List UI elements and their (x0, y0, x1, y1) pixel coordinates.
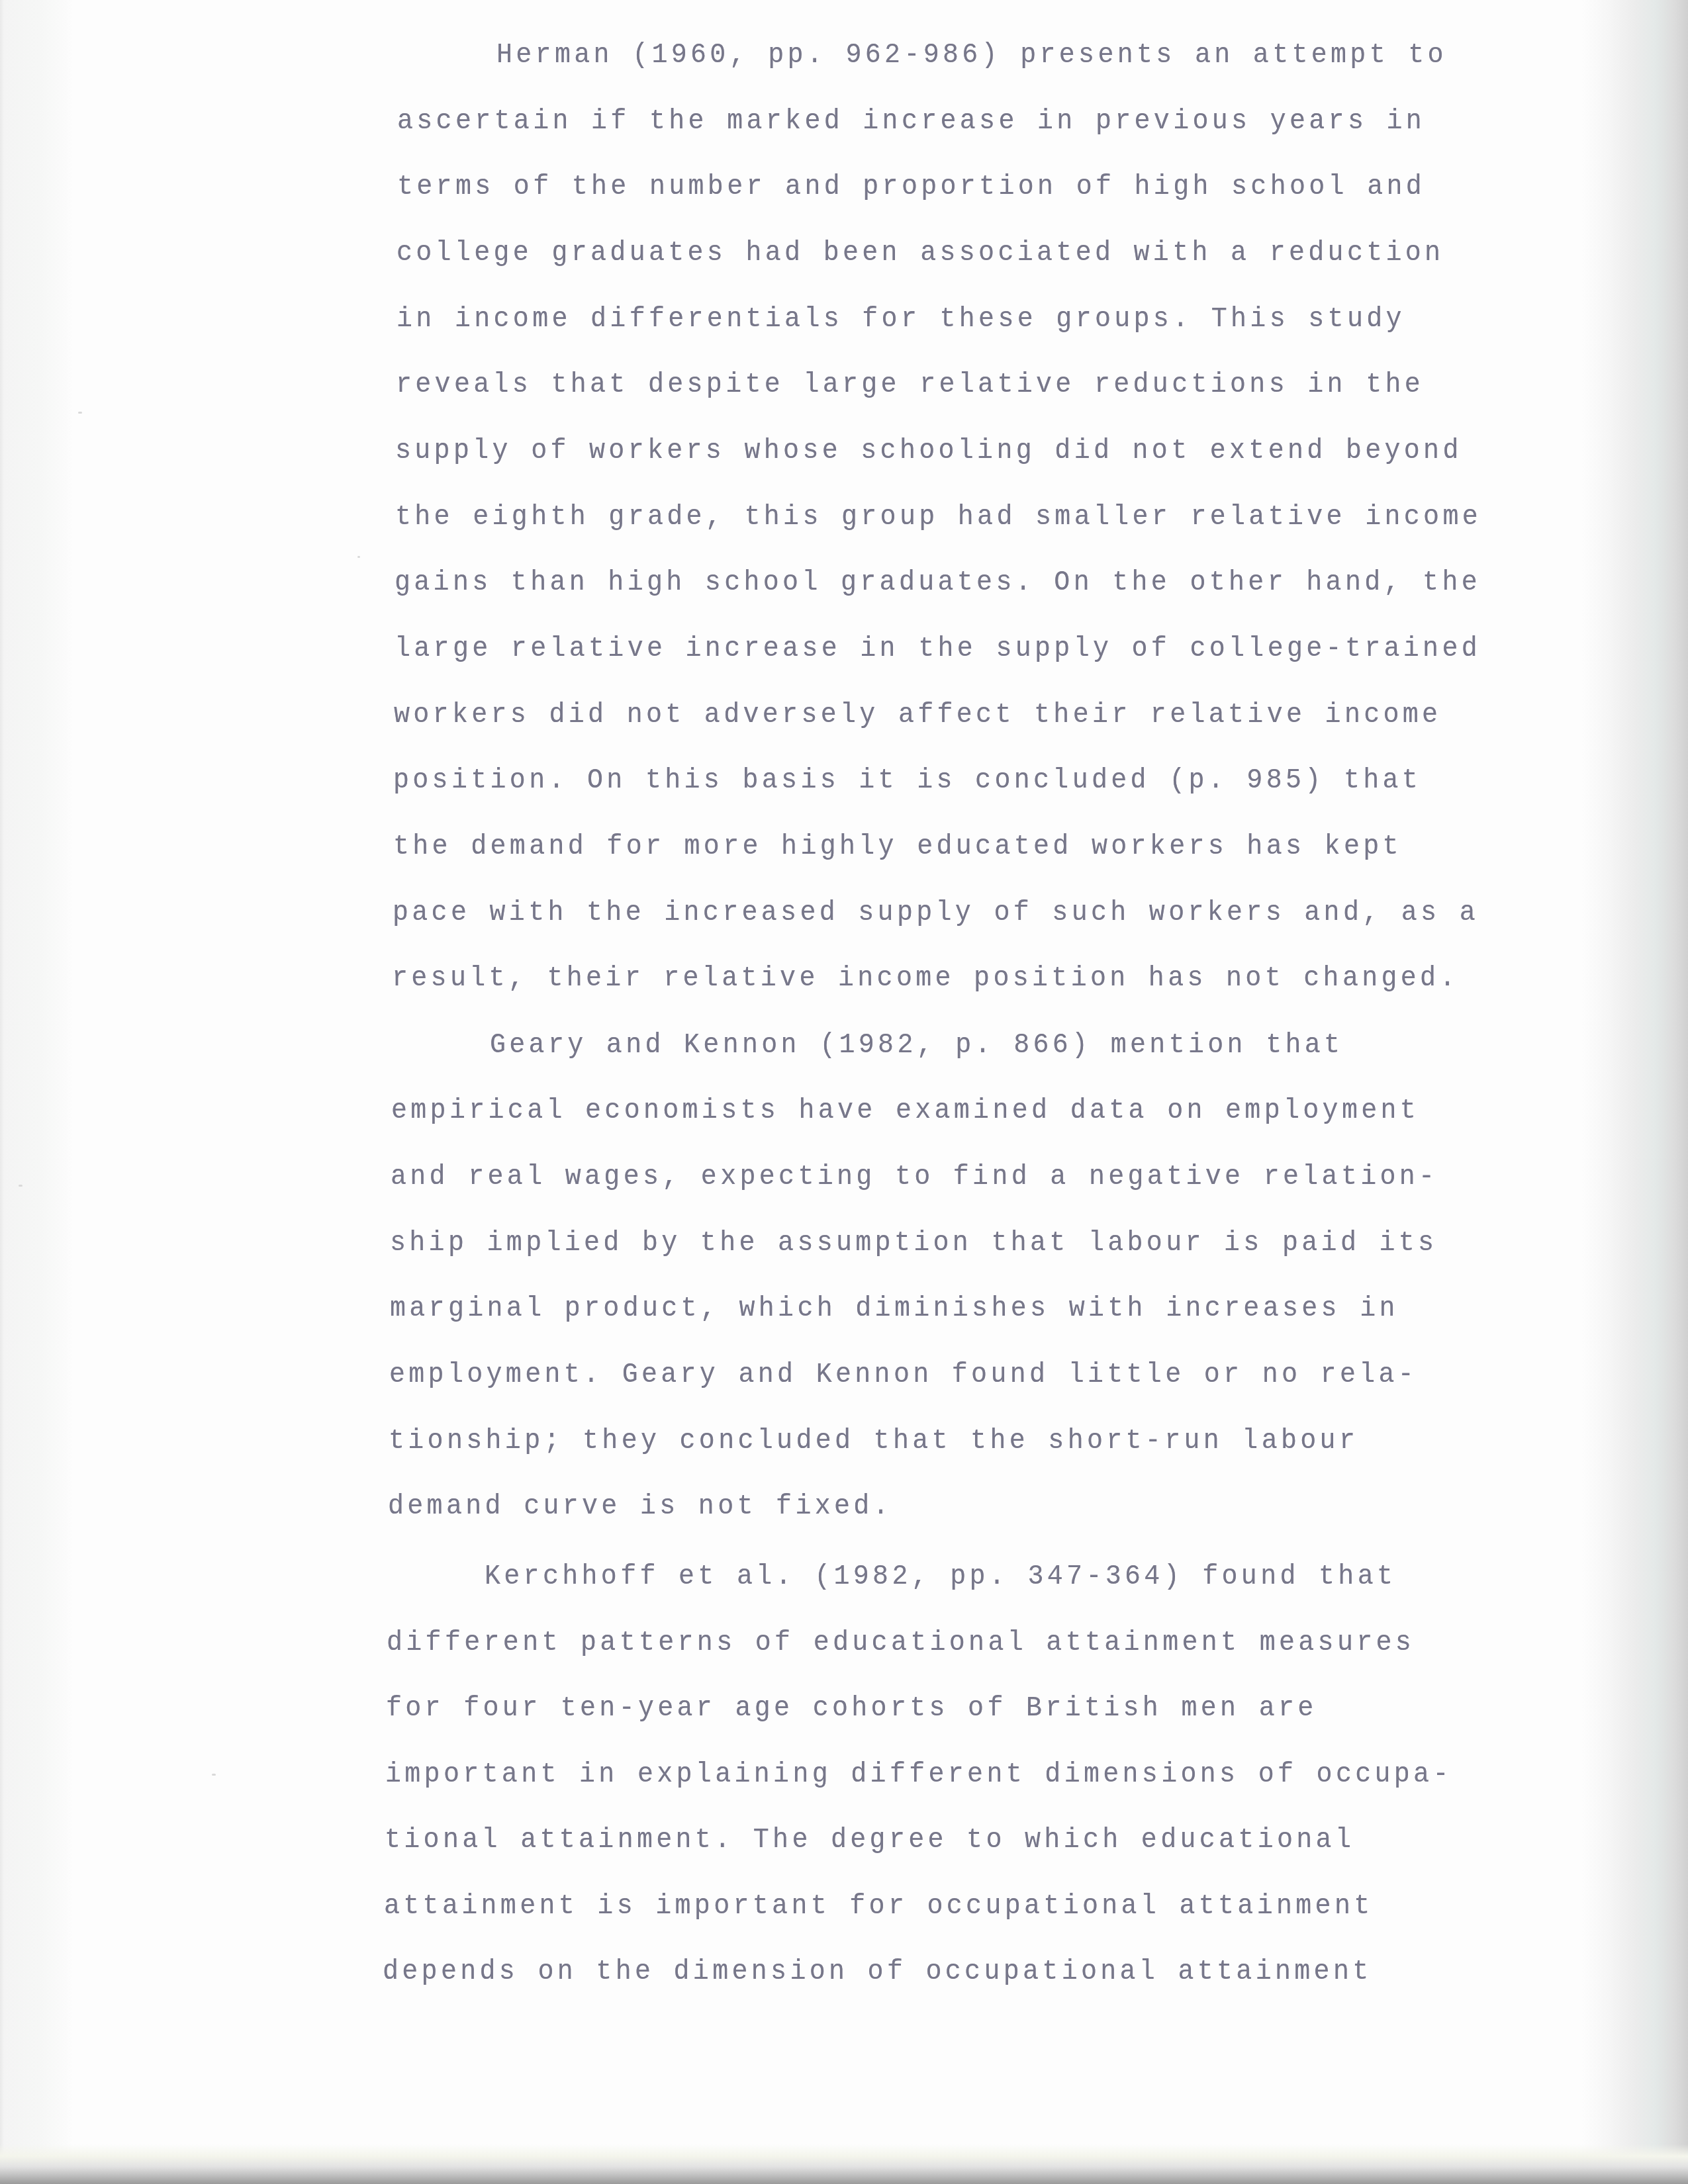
text-line: college graduates had been associated wi… (397, 240, 1444, 268)
text-line: position. On this basis it is concluded … (393, 767, 1421, 796)
text-line: demand curve is not fixed. (388, 1493, 892, 1522)
text-line: large relative increase in the supply of… (395, 635, 1481, 664)
text-line: the demand for more highly educated work… (393, 833, 1402, 862)
text-line: Kerchhoff et al. (1982, pp. 347-364) fou… (485, 1563, 1396, 1592)
text-line: workers did not adversely affect their r… (394, 702, 1441, 730)
text-line: in income differentials for these groups… (397, 306, 1405, 334)
text-line: gains than high school graduates. On the… (395, 569, 1481, 598)
text-line: supply of workers whose schooling did no… (395, 437, 1462, 466)
text-line: employment. Geary and Kennon found littl… (389, 1361, 1417, 1390)
text-line: marginal product, which diminishes with … (390, 1295, 1399, 1324)
text-line: important in explaining different dimens… (385, 1761, 1452, 1790)
text-line: depends on the dimension of occupational… (383, 1958, 1372, 1987)
text-line: the eighth grade, this group had smaller… (395, 504, 1481, 532)
text-line: pace with the increased supply of such w… (393, 899, 1479, 928)
text-line: empirical economists have examined data … (391, 1097, 1419, 1126)
text-line: and real wages, expecting to find a nega… (391, 1163, 1438, 1192)
text-line: tionship; they concluded that the short-… (389, 1428, 1358, 1456)
text-line: result, their relative income position h… (392, 965, 1459, 993)
text-line: Geary and Kennon (1982, p. 866) mention … (490, 1032, 1343, 1060)
text-line: Herman (1960, pp. 962-986) presents an a… (496, 42, 1447, 70)
text-line: different patterns of educational attain… (387, 1629, 1415, 1658)
text-line: attainment is important for occupational… (384, 1893, 1374, 1921)
text-line: tional attainment. The degree to which e… (385, 1827, 1354, 1855)
text-line: ship implied by the assumption that labo… (390, 1230, 1437, 1258)
text-line: for four ten-year age cohorts of British… (386, 1695, 1317, 1723)
document-page: Herman (1960, pp. 962-986) presents an a… (0, 0, 1688, 2184)
body-text: Herman (1960, pp. 962-986) presents an a… (0, 0, 1688, 2184)
text-line: terms of the number and proportion of hi… (397, 173, 1425, 202)
text-line: ascertain if the marked increase in prev… (397, 108, 1425, 136)
text-line: reveals that despite large relative redu… (396, 371, 1424, 400)
